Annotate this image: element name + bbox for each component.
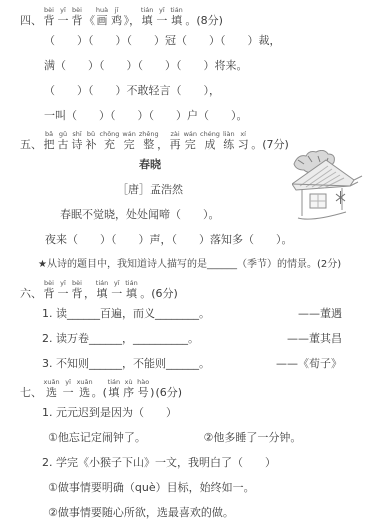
quote-text: 1. 读______百遍，而义________。 [42,301,210,326]
poem-illustration [292,150,368,238]
poem-author: ［唐］孟浩然 [0,177,300,202]
quote-item: 2. 读万卷______，__________。 ——董其昌 [42,326,342,351]
quote-source: ——董其昌 [287,326,342,351]
section-4-header: 四、 背bèi一yī背bèi《画huà鸡jī》，填tián一yī填tián 。(… [0,4,370,28]
section-4-points: 。(8分) [185,15,223,28]
question-2: 2. 学完《小猴子下山》一文，我明白了（ ） [42,450,370,475]
section-7-title: 选xuǎn一yī选xuǎn。(填tián序xù号hào) [42,379,155,400]
quote-text: 3. 不知则______，不能则______。 [42,351,210,376]
section-5-title: 把bǎ古gǔ诗shī补bǔ充chōng完wán整zhěng，再zài完wán成c… [42,131,250,152]
quote-source: ——董遇 [298,301,342,326]
section-7-header: 七、 选xuǎn一yī选xuǎn。(填tián序xù号hào) (6分) [0,376,370,400]
star-question: ★从诗的题目中，我知道诗人描写的是______（季节）的情景。(2分) [38,252,370,277]
poem-line: 春眠不觉晓，处处闻啼（ ）。 [60,202,300,227]
quote-text: 2. 读万卷______，__________。 [42,326,199,351]
question-1: 1. 元元迟到是因为（ ） [42,400,370,425]
poem-title: 春晓 [0,152,300,177]
fill-blank-line: （ ）（ ）（ ）冠（ ）（ ）裁， [44,28,370,53]
option-2: ②他多睡了一分钟。 [204,431,302,444]
section-6-title: 背bèi一yī背bèi，填tián一yī填tián [42,280,139,301]
option-2: ②做事情要随心所欲，选最喜欢的做。 [48,500,370,525]
fill-blank-line: （ ）（ ）不敢轻言（ ）， [44,78,370,103]
question-1-options: ①他忘记定闹钟了。 ②他多睡了一分钟。 [48,425,370,450]
poem-block: 春晓 ［唐］孟浩然 春眠不觉晓，处处闻啼（ ）。 夜来（ ）（ ）声，（ ）落知… [0,152,300,252]
option-1: ①做事情要明确（què）目标，始终如一。 [48,475,370,500]
section-7: 七、 选xuǎn一yī选xuǎn。(填tián序xù号hào) (6分) 1. … [0,376,370,525]
section-6-header: 六、 背bèi一yī背bèi，填tián一yī填tián 。(6分) [0,277,370,301]
section-5-points: 。(7分) [251,139,289,152]
fill-blank-line: 满（ ）（ ）（ ）（ ）将来。 [44,53,370,78]
section-5-header: 五、 把bǎ古gǔ诗shī补bǔ充chōng完wán整zhěng，再zài完wá… [0,128,370,152]
quote-item: 1. 读______百遍，而义________。 ——董遇 [42,301,342,326]
option-1: ①他忘记定闹钟了。 [48,425,200,450]
section-5-number: 五、 [20,139,42,152]
section-6-number: 六、 [20,288,42,301]
section-4: 四、 背bèi一yī背bèi《画huà鸡jī》，填tián一yī填tián 。(… [0,4,370,128]
quote-item: 3. 不知则______，不能则______。 ——《荀子》 [42,351,342,376]
section-4-title: 背bèi一yī背bèi《画huà鸡jī》，填tián一yī填tián [42,7,184,28]
section-6-points: 。(6分) [140,288,178,301]
quote-source: ——《荀子》 [276,351,342,376]
fill-blank-line: 一叫（ ）（ ）（ ）户（ ）。 [44,103,370,128]
section-7-number: 七、 [20,387,42,400]
house-sketch [292,150,368,238]
section-4-number: 四、 [20,15,42,28]
section-7-points: (6分) [156,387,183,400]
worksheet-page: 四、 背bèi一yī背bèi《画huà鸡jī》，填tián一yī填tián 。(… [0,0,370,529]
poem-line: 夜来（ ）（ ）声，（ ）落知多（ ）。 [45,227,300,252]
wall-sketch [298,188,346,219]
bird-icon [336,191,345,204]
section-6: 六、 背bèi一yī背bèi，填tián一yī填tián 。(6分) 1. 读_… [0,277,370,376]
